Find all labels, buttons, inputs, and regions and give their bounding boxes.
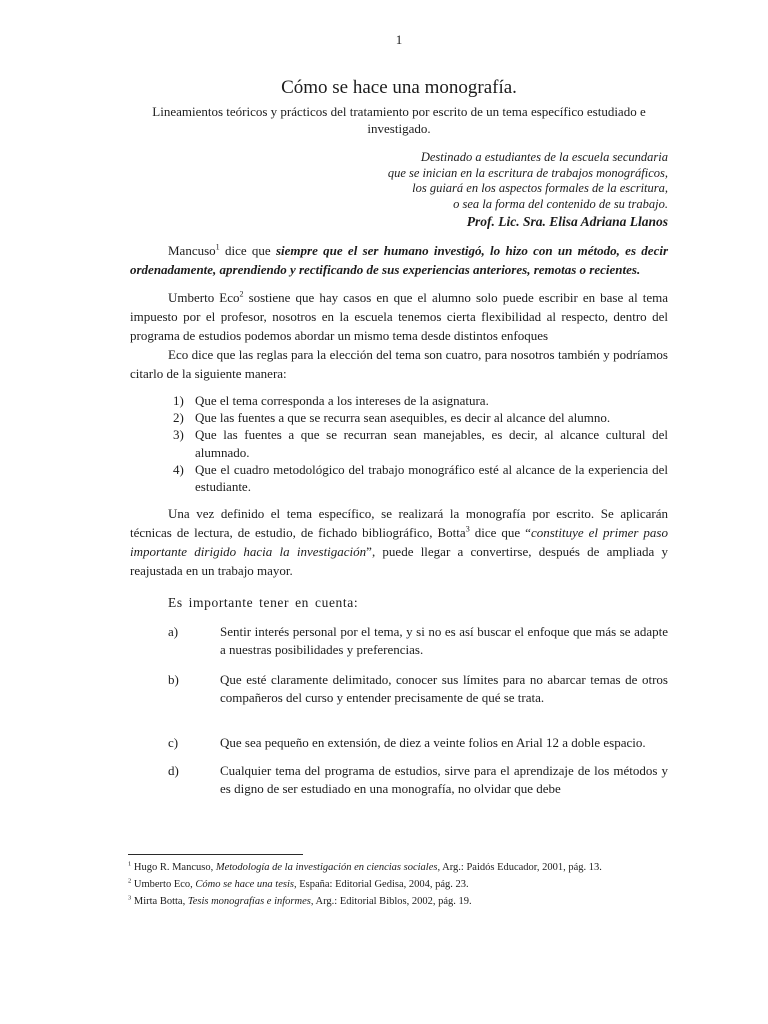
list-item-label: c) (168, 734, 220, 752)
text-run: Umberto Eco (168, 290, 239, 305)
footnote-item: 1 Hugo R. Mancuso, Metodología de la inv… (128, 859, 658, 876)
numbered-list: 1) Que el tema corresponda a los interes… (173, 392, 668, 496)
footnote-text: Hugo R. Mancuso, Metodología de la inves… (134, 862, 602, 873)
alpha-list-item: c) Que sea pequeño en extensión, de diez… (168, 734, 668, 752)
dedication-line: los guiará en los aspectos formales de l… (130, 181, 668, 197)
document-title: Cómo se hace una monografía. (130, 76, 668, 101)
text-run: Cualquier tema del programa de estudios,… (220, 763, 668, 796)
text-run: Que las fuentes a que se recurra sean as… (195, 410, 610, 425)
text-run: dice que (220, 243, 276, 258)
text-run: Que sea pequeño en extensión, de diez a … (220, 735, 646, 750)
text-run: Hugo R. Mancuso, (134, 862, 216, 873)
list-item-text: Que esté claramente delimitado, conocer … (220, 671, 668, 707)
footnote-item: 2 Umberto Eco, Cómo se hace una tesis, E… (128, 876, 658, 893)
text-run: , Arg.: Editorial Biblos, 2002, pág. 19. (311, 896, 472, 907)
list-item-label: a) (168, 623, 220, 659)
text-run: , Arg.: Paidós Educador, 2001, pág. 13. (437, 862, 601, 873)
text-run: Cómo se hace una tesis (195, 879, 294, 890)
dedication-line: Destinado a estudiantes de la escuela se… (130, 150, 668, 166)
alpha-list-item: a) Sentir interés personal por el tema, … (168, 623, 668, 659)
text-run: Sentir interés personal por el tema, y s… (220, 624, 668, 657)
page-number: 1 (130, 32, 668, 48)
text-run: Tesis monografías e informes (188, 896, 311, 907)
list-item-text: Que el tema corresponda a los intereses … (195, 392, 668, 409)
text-run: dice que “ (470, 525, 531, 540)
text-run: Que las fuentes a que se recurran sean m… (195, 427, 668, 459)
alpha-list: a) Sentir interés personal por el tema, … (168, 623, 668, 798)
footnote-text: Mirta Botta, Tesis monografías e informe… (134, 896, 472, 907)
section-heading: Es importante tener en cuenta: (130, 595, 668, 611)
footnote-separator (128, 854, 303, 855)
list-item-label: b) (168, 671, 220, 707)
alpha-list-item: b) Que esté claramente delimitado, conoc… (168, 671, 668, 707)
list-item-label: d) (168, 762, 220, 798)
paragraph-mancuso: Mancuso1 dice que siempre que el ser hum… (130, 242, 668, 280)
dedication-line: o sea la forma del contenido de su traba… (130, 197, 668, 213)
footnote-number: 3 (128, 895, 131, 902)
list-item-label: 4) (173, 461, 195, 496)
document-page: 1 Cómo se hace una monografía. Lineamien… (0, 0, 768, 1024)
text-run: Que el tema corresponda a los intereses … (195, 393, 489, 408)
list-item-text: Cualquier tema del programa de estudios,… (220, 762, 668, 798)
document-subtitle: Lineamientos teóricos y prácticos del tr… (130, 103, 668, 138)
numbered-list-item: 2) Que las fuentes a que se recurra sean… (173, 409, 668, 426)
footnote-text: Umberto Eco, Cómo se hace una tesis, Esp… (134, 879, 469, 890)
list-item-label: 3) (173, 426, 195, 461)
list-item-label: 1) (173, 392, 195, 409)
footnote-number: 2 (128, 878, 131, 885)
text-run: , España: Editorial Gedisa, 2004, pág. 2… (294, 879, 469, 890)
text-run: Que esté claramente delimitado, conocer … (220, 672, 668, 705)
list-item-text: Sentir interés personal por el tema, y s… (220, 623, 668, 659)
text-run: Mirta Botta, (134, 896, 188, 907)
list-item-label: 2) (173, 409, 195, 426)
dedication-block: Destinado a estudiantes de la escuela se… (130, 150, 668, 230)
paragraph-una-vez: Una vez definido el tema específico, se … (130, 505, 668, 580)
paragraph-eco-rules: Eco dice que las reglas para la elección… (130, 346, 668, 384)
footnote-item: 3 Mirta Botta, Tesis monografías e infor… (128, 893, 658, 910)
list-item-text: Que el cuadro metodológico del trabajo m… (195, 461, 668, 496)
dedication-author: Prof. Lic. Sra. Elisa Adriana Llanos (130, 213, 668, 230)
numbered-list-item: 3) Que las fuentes a que se recurran sea… (173, 426, 668, 461)
text-run: Metodología de la investigación en cienc… (216, 862, 438, 873)
numbered-list-item: 1) Que el tema corresponda a los interes… (173, 392, 668, 409)
list-item-text: Que las fuentes a que se recurran sean m… (195, 426, 668, 461)
list-item-text: Que las fuentes a que se recurra sean as… (195, 409, 668, 426)
dedication-line: que se inician en la escritura de trabaj… (130, 166, 668, 182)
text-run: Mancuso (168, 243, 216, 258)
text-run: Eco dice que las reglas para la elección… (130, 347, 668, 381)
page-content: 1 Cómo se hace una monografía. Lineamien… (0, 0, 768, 798)
alpha-list-item: d) Cualquier tema del programa de estudi… (168, 762, 668, 798)
footnotes: 1 Hugo R. Mancuso, Metodología de la inv… (128, 854, 658, 910)
text-run: Umberto Eco, (134, 879, 196, 890)
footnote-number: 1 (128, 861, 131, 868)
numbered-list-item: 4) Que el cuadro metodológico del trabaj… (173, 461, 668, 496)
paragraph-umberto-eco: Umberto Eco2 sostiene que hay casos en q… (130, 289, 668, 346)
list-item-text: Que sea pequeño en extensión, de diez a … (220, 734, 668, 752)
text-run: Que el cuadro metodológico del trabajo m… (195, 462, 668, 494)
